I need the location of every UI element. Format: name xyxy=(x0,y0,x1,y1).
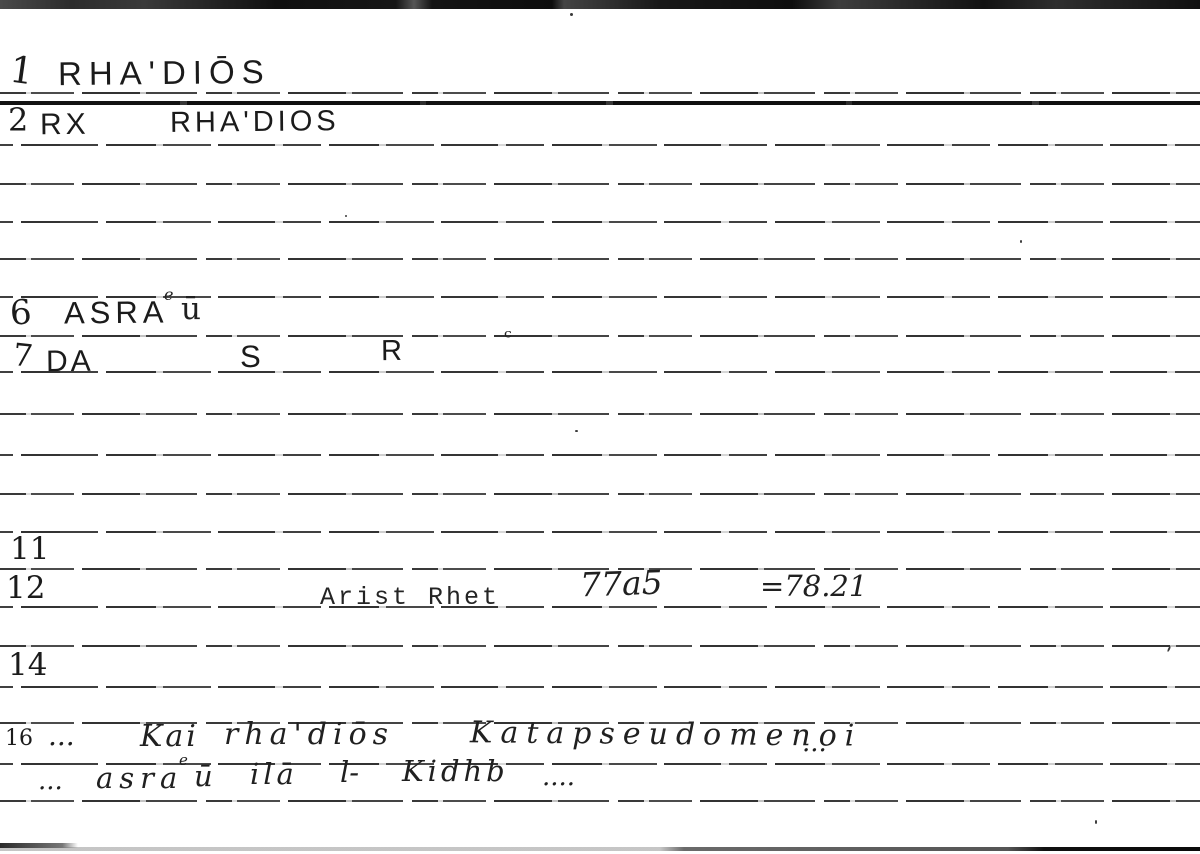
entry-2-headword: RHA'DIOS xyxy=(170,107,340,138)
ruled-line xyxy=(0,258,1200,260)
entry-12-locus-2: =78.21 xyxy=(760,572,867,601)
entry-16b-ellipsis-lead: ... xyxy=(38,768,63,794)
entry-16-ellipsis-trail: ... xyxy=(802,730,827,756)
ruled-line xyxy=(0,606,1200,608)
entry-12-reference: Arist Rhet xyxy=(320,585,500,610)
entry-6-superscript: e xyxy=(164,287,173,303)
entry-11-number: 11 xyxy=(10,534,49,565)
entry-1-number: 1 xyxy=(8,51,36,91)
ruled-line xyxy=(0,454,1200,456)
entry-16-word-kai: Kai xyxy=(140,722,199,752)
entry-12-locus-1: 77a5 xyxy=(579,566,663,602)
entry-7-letter-r: R xyxy=(381,337,402,366)
ruled-line xyxy=(0,686,1200,688)
ruled-line xyxy=(0,800,1200,802)
entry-16-word-rhaidios: rha'diōs xyxy=(224,720,394,750)
ruled-line xyxy=(0,371,1200,373)
scan-speck xyxy=(1020,240,1022,243)
entry-2-abbr: RX xyxy=(40,110,90,141)
ruled-line xyxy=(0,493,1200,495)
entry-16b-word-asra-rest: ū xyxy=(194,762,213,791)
entry-14-number: 14 xyxy=(8,650,47,681)
entry-7-number: 7 xyxy=(11,340,34,373)
entry-16b-word-l: l- xyxy=(340,758,359,787)
scan-edge-bottom-chip xyxy=(0,843,78,848)
entry-16b-ellipsis-trail: .... xyxy=(542,764,575,790)
entry-2-number: 2 xyxy=(8,104,28,136)
entry-16b-word-kidhb: Kidhb xyxy=(402,757,509,786)
ruled-line xyxy=(0,413,1200,415)
entry-16b-word-ila: ilā xyxy=(250,760,298,789)
entry-7-letters-da: DA xyxy=(46,347,94,377)
entry-16-number: 16 xyxy=(5,728,33,750)
entry-16b-superscript: e xyxy=(179,753,188,768)
scan-edge-top xyxy=(0,0,1200,9)
scan-speck xyxy=(1167,646,1171,652)
ruled-line xyxy=(0,144,1200,146)
entry-6-headword-base: ASRA xyxy=(64,296,169,328)
scan-speck xyxy=(570,13,573,16)
ruled-line xyxy=(0,335,1200,337)
ruled-line xyxy=(0,221,1200,223)
ruled-line xyxy=(0,645,1200,647)
scan-speck xyxy=(1095,820,1097,824)
ruled-line xyxy=(0,296,1200,298)
entry-1-headword: RHA'DIŌS xyxy=(58,55,271,90)
entry-12-number: 12 xyxy=(6,573,45,604)
scan-edge-bottom xyxy=(0,847,1200,851)
entry-6-headword-rest: ū xyxy=(181,294,201,325)
entry-6-number: 6 xyxy=(9,295,33,330)
scan-speck xyxy=(575,430,578,432)
scan-speck xyxy=(345,215,347,217)
ruled-line xyxy=(0,183,1200,185)
entry-7-letter-s: S xyxy=(240,341,261,372)
ruled-line xyxy=(0,531,1200,533)
ruled-line xyxy=(0,92,1200,94)
ruled-line-thick xyxy=(0,101,1200,105)
index-card: 1 RHA'DIŌS 2 RX RHA'DIOS 6 ASRA e ū 7 DA… xyxy=(0,0,1200,854)
entry-7-ayn-mark: ᶜ xyxy=(504,328,512,350)
entry-16-ellipsis-lead: ... xyxy=(48,722,75,750)
entry-16b-word-asra-base: asra xyxy=(96,764,183,793)
